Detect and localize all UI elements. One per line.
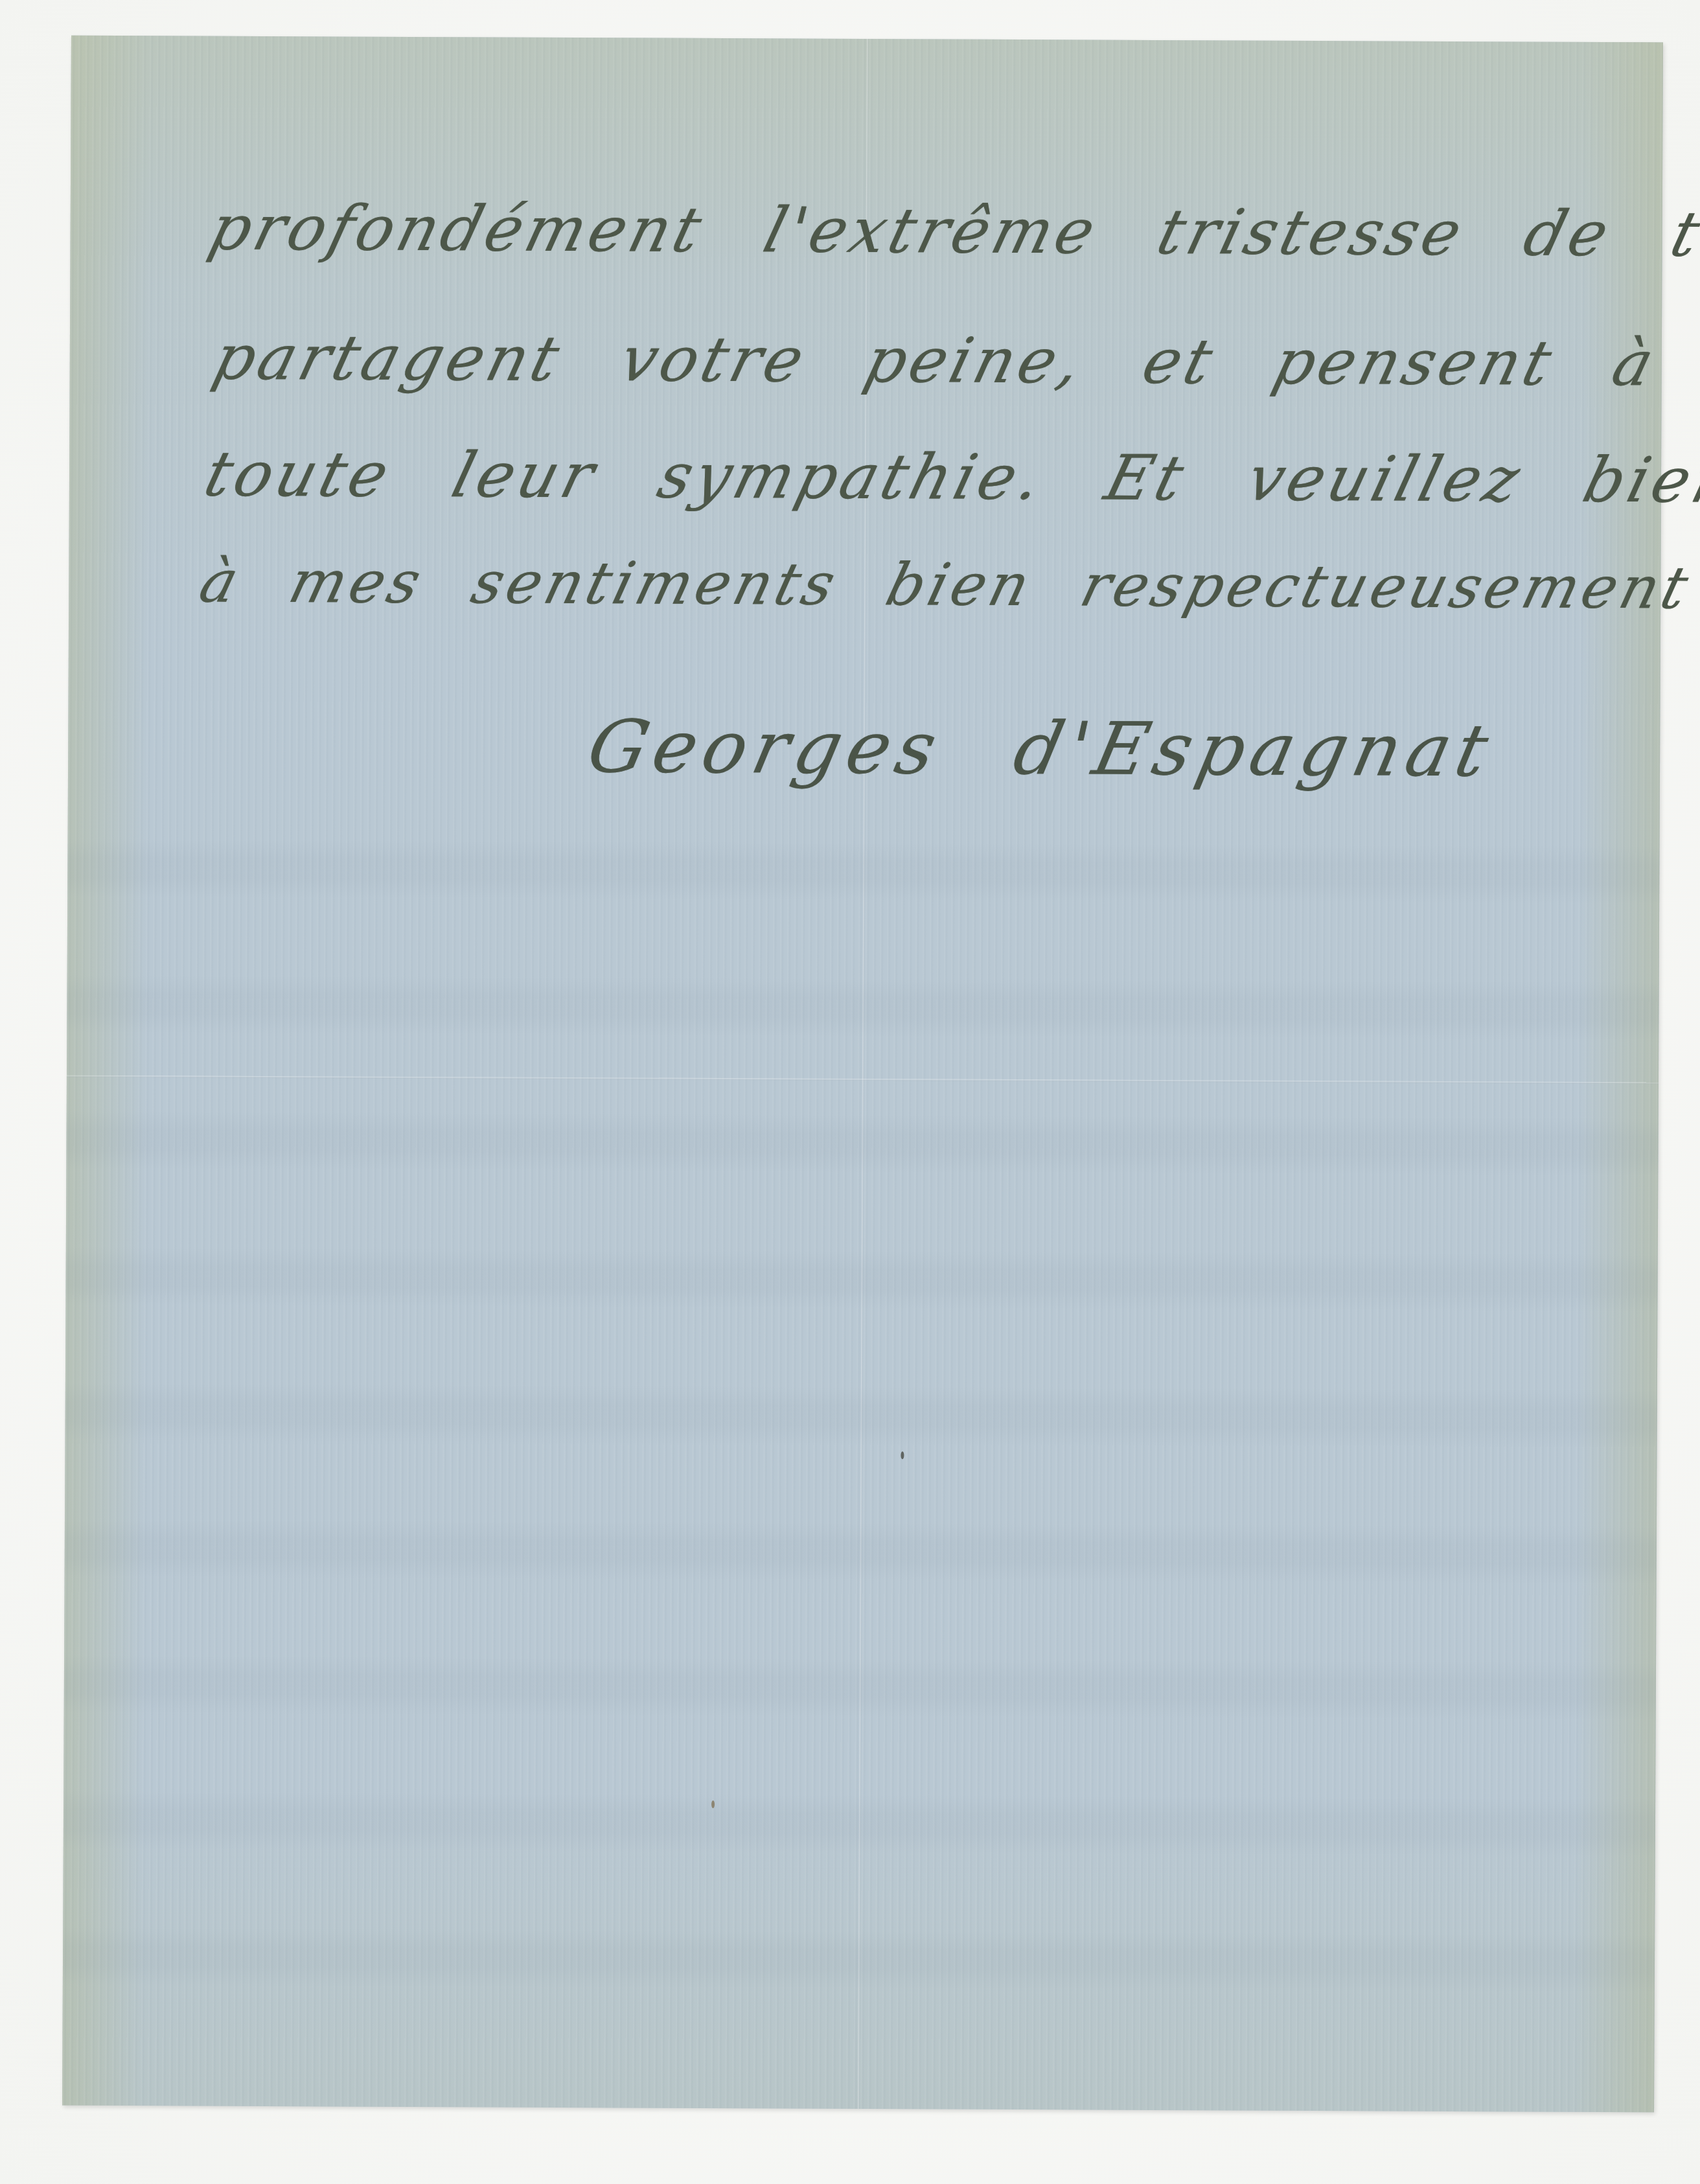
letter-line: profondément l'extrême tristesse de tout… xyxy=(202,192,1700,272)
letter-body: profondément l'extrême tristesse de tout… xyxy=(135,165,1625,172)
letter-line: à mes sentiments bien respectueusement d… xyxy=(193,548,1700,624)
paper-speck xyxy=(711,1800,715,1808)
signature: Georges d'Espagnat xyxy=(580,705,1502,793)
paper-speck xyxy=(901,1451,904,1459)
letter-line: partagent votre peine, et pensent à vous… xyxy=(207,321,1700,402)
letter-line: toute leur sympathie. Et veuillez bien c… xyxy=(198,438,1700,518)
letter-sheet: profondément l'extrême tristesse de tout… xyxy=(62,36,1663,2113)
